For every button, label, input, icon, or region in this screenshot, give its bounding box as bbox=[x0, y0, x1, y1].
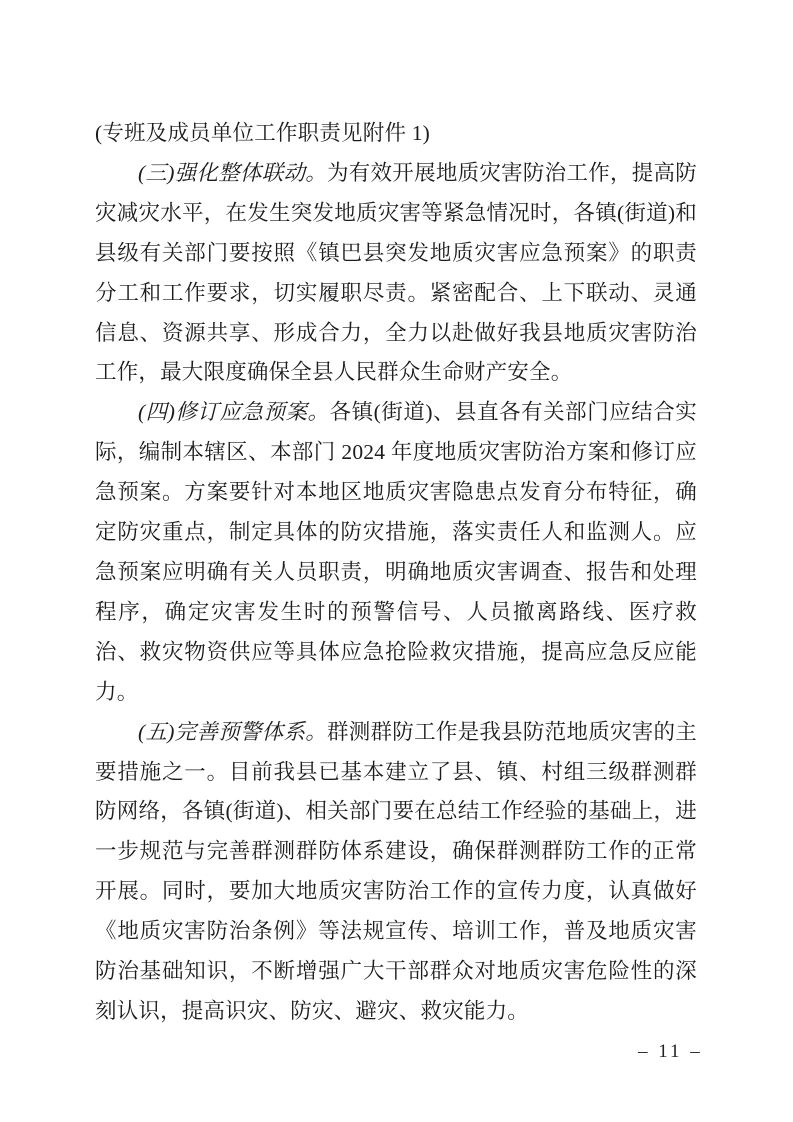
paragraph-5-heading: (五)完善预警体系。 bbox=[138, 720, 327, 744]
paragraph-continuation: (专班及成员单位工作职责见附件 1) bbox=[95, 114, 697, 154]
paragraph-3: (三)强化整体联动。为有效开展地质灾害防治工作，提高防灾减灾水平，在发生突发地质… bbox=[95, 154, 697, 393]
paragraph-5: (五)完善预警体系。群测群防工作是我县防范地质灾害的主要措施之一。目前我县已基本… bbox=[95, 713, 697, 1032]
paragraph-5-text: 群测群防工作是我县防范地质灾害的主要措施之一。目前我县已基本建立了县、镇、村组三… bbox=[95, 720, 697, 1023]
paragraph-4-text: 各镇(街道)、县直各有关部门应结合实际，编制本辖区、本部门 2024 年度地质灾… bbox=[95, 400, 697, 703]
paragraph-3-heading: (三)强化整体联动。 bbox=[138, 161, 327, 185]
page-number: – 11 – bbox=[638, 1040, 703, 1064]
document-body: (专班及成员单位工作职责见附件 1) (三)强化整体联动。为有效开展地质灾害防治… bbox=[95, 114, 697, 1032]
document-page: (专班及成员单位工作职责见附件 1) (三)强化整体联动。为有效开展地质灾害防治… bbox=[0, 0, 793, 1122]
paragraph-3-text: 为有效开展地质灾害防治工作，提高防灾减灾水平，在发生突发地质灾害等紧急情况时，各… bbox=[95, 161, 697, 385]
paragraph-4-heading: (四)修订应急预案。 bbox=[138, 400, 330, 424]
paragraph-4: (四)修订应急预案。各镇(街道)、县直各有关部门应结合实际，编制本辖区、本部门 … bbox=[95, 393, 697, 712]
